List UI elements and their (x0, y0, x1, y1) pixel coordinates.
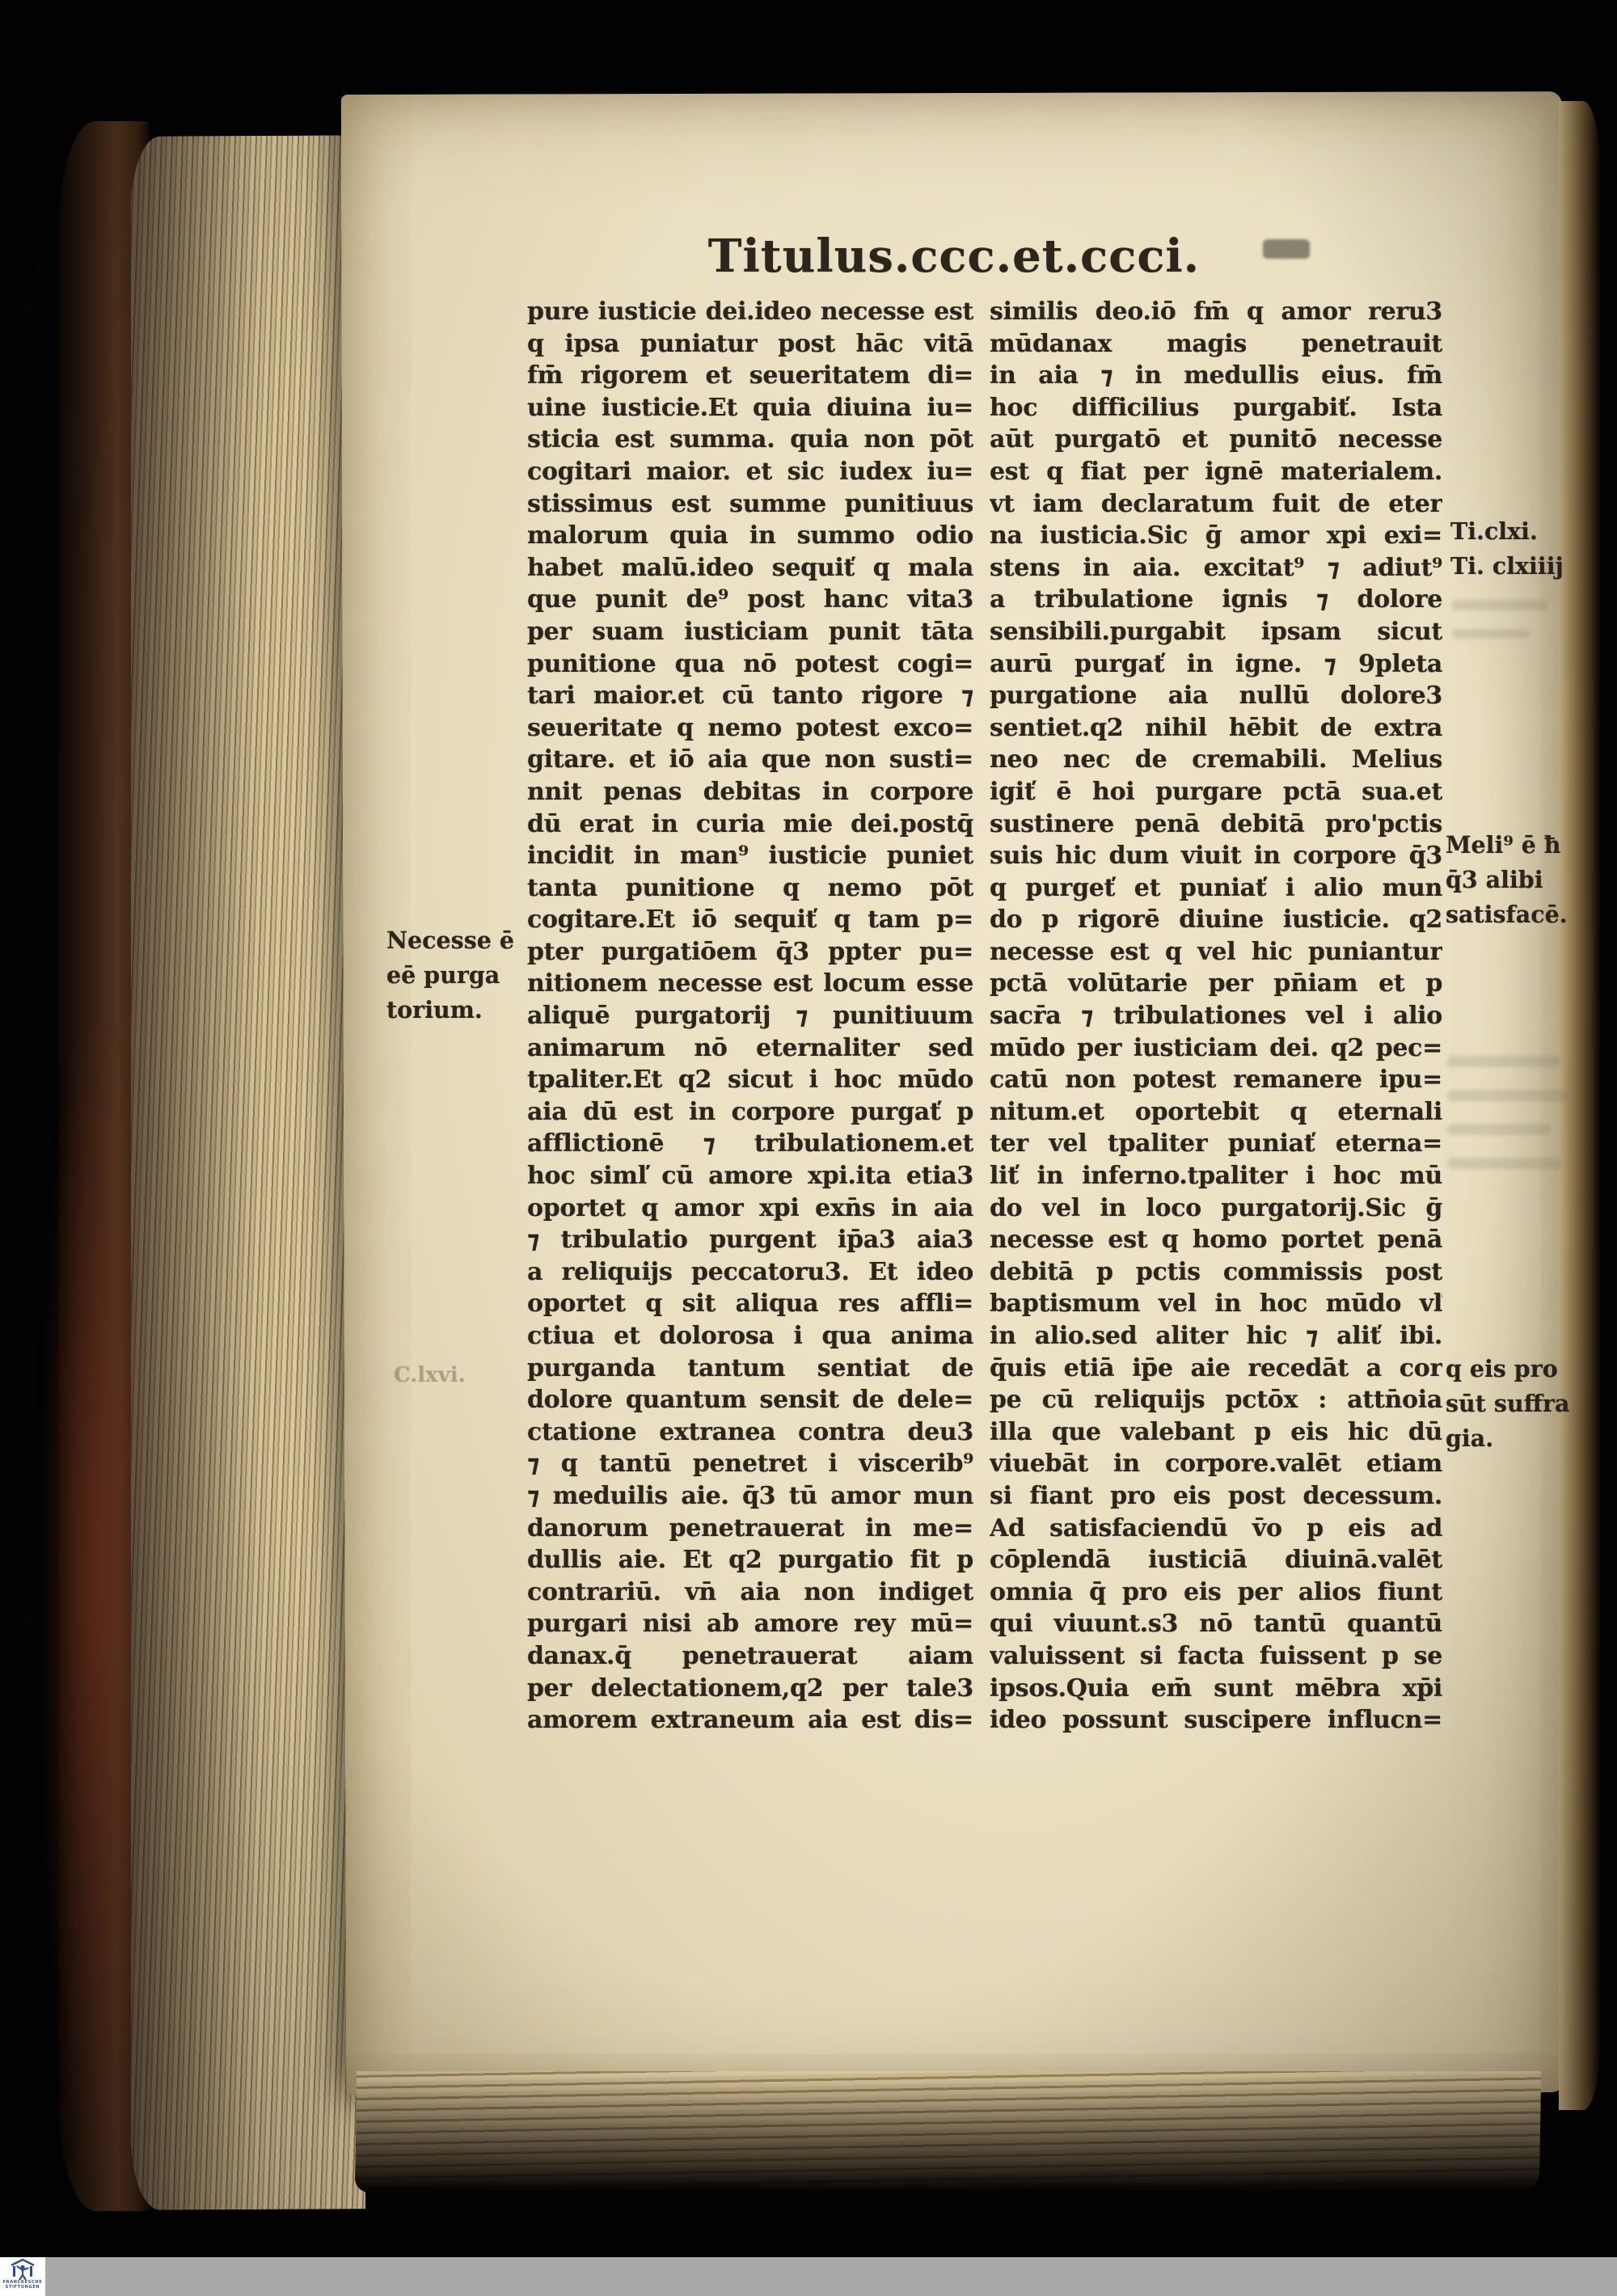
text-line: baptismum vel in hoc mūdo vľ (990, 1288, 1442, 1320)
text-line: sensibili.purgabit ipsam sicut (990, 616, 1442, 648)
text-line: uine iusticie.Et quia diuina iu= (527, 392, 973, 424)
text-line: gia. (1446, 1421, 1607, 1456)
bleedthrough-smudge (1452, 600, 1547, 610)
text-line: per suam iusticiam punit tāta (527, 616, 973, 648)
text-line: a tribulatione ignis ⁊ dolore (990, 584, 1442, 616)
text-line: hoc simľ cū amore xpi.ita etia3 (527, 1160, 973, 1192)
bottom-page-edges (355, 2071, 1542, 2193)
text-line: hoc difficilius purgabiť. Ista (990, 392, 1442, 424)
watermark-text-line2: STIFTUNGEN (6, 2285, 40, 2290)
text-line: qui viuunt.s3 nō tantū quantū (990, 1608, 1442, 1640)
text-line: cogitari maior. et sic iudex iu= (527, 456, 973, 488)
text-line: cogitare.Et iō sequiť q tam p= (527, 904, 973, 936)
text-line: oportet q sit aliqua res affli= (527, 1288, 973, 1320)
text-line: debitā p pctis commissis post (990, 1256, 1442, 1289)
text-line: pter purgatiōem q̄3 ppter pu= (527, 936, 973, 969)
text-line: neo nec de cremabili. Melius (990, 744, 1442, 776)
text-line: sentiet.q2 nihil hēbit de extra (990, 712, 1442, 745)
text-line: sticia est summa. quia non pōt (527, 424, 973, 456)
text-line: animarum nō eternaliter sed (527, 1032, 973, 1065)
text-line: incidit in man⁹ iusticie puniet (527, 840, 973, 872)
text-line: seueritate q nemo potest exco= (527, 712, 973, 745)
text-line: ⁊ tribulatio purgent ip̄a3 aia3 (527, 1224, 973, 1256)
text-line: q̄3 alibi (1446, 863, 1607, 897)
text-line: do vel in loco purgatorij.Sic ḡ (990, 1192, 1442, 1225)
text-line: nitum.et oportebit q eternali (990, 1096, 1442, 1129)
photo-background: Titulus.ccc.et.ccci. pure iusticie dei.i… (0, 0, 1617, 2296)
text-line: suis hic dum viuit in corpore q̄3 (990, 840, 1442, 872)
text-line: dolore quantum sensit de dele= (527, 1384, 973, 1416)
text-line: eē purga (386, 958, 528, 993)
text-line: tari maior.et cū tanto rigore ⁊ (527, 680, 973, 712)
text-line: liť in inferno.tpaliter i hoc mū (990, 1160, 1442, 1192)
text-line: a reliquijs peccatoru3. Et ideo (527, 1256, 973, 1289)
page-title: Titulus.ccc.et.ccci. (695, 230, 1213, 283)
text-line: catū non potest remanere ipu= (990, 1064, 1442, 1096)
text-line: omnia q̄ pro eis per alios fiunt (990, 1576, 1442, 1609)
text-line: na iusticia.Sic ḡ amor xpi exi= (990, 520, 1442, 552)
text-line: do p rigorē diuine iusticie. q2 (990, 904, 1442, 936)
text-line: est q fiat per ignē materialem. (990, 456, 1442, 488)
digitization-footer (0, 2257, 1617, 2296)
text-line: Ti.clxi. (1450, 514, 1612, 549)
text-line: sustinere penā debitā pro'pctis (990, 808, 1442, 841)
text-line: aurū purgať in igne. ⁊ 9pleta (990, 648, 1442, 681)
margin-note-melius: Meli⁹ ē ħq̄3 alibisatisfacē. (1446, 828, 1607, 932)
bleedthrough-smudge (1447, 1056, 1560, 1067)
text-line: danorum penetrauerat in me= (527, 1513, 973, 1545)
text-line: fm̄ rigorem et seueritatem di= (527, 360, 973, 392)
bleedthrough-smudge (1452, 629, 1530, 639)
text-line: torium. (386, 993, 528, 1028)
text-line: ctatione extranea contra deu3 (527, 1416, 973, 1449)
text-line: ⁊ q tantū penetret i viscerib⁹ (527, 1448, 973, 1480)
margin-note-titulus-refs: Ti.clxi.Ti. clxiiij (1450, 514, 1612, 584)
text-line: vt iam declaratum fuit de eter (990, 488, 1442, 521)
text-line: stissimus est summe punitiuus (527, 488, 973, 521)
text-line: contrariū. vn̄ aia non indiget (527, 1576, 973, 1609)
fore-edge (1559, 101, 1601, 2110)
bleedthrough-smudge (1447, 1090, 1568, 1101)
text-line: malorum quia in summo odio (527, 520, 973, 552)
text-line: viuebāt in corpore.valēt etiam (990, 1448, 1442, 1480)
text-line: cōplendā iusticiā diuinā.valēt (990, 1544, 1442, 1576)
text-line: q purgeť et puniať i alio mun (990, 872, 1442, 905)
text-line: q ipsa puniatur post hāc vitā (527, 328, 973, 361)
text-line: que punit de⁹ post hanc vita3 (527, 584, 973, 616)
bleedthrough-note: C.lxvi. (394, 1363, 466, 1387)
text-line: ideo possunt suscipere influcn= (990, 1704, 1442, 1737)
text-line: ⁊ meduilis aie. q̄3 tū amor mun (527, 1480, 973, 1513)
library-watermark: FRANCKESCHE STIFTUNGEN (0, 2257, 45, 2296)
text-line: ctiua et dolorosa i qua anima (527, 1320, 973, 1353)
text-line: dū erat in curia mie dei.postq̄ (527, 808, 973, 841)
text-column-right: similis deo.iō fm̄ q amor reru3mūdanax m… (990, 296, 1442, 1737)
margin-note-necesse: Necesse ēeē purgatorium. (386, 923, 528, 1028)
text-line: sacr̄a ⁊ tribulationes vel i alio (990, 1000, 1442, 1032)
text-line: valuissent si facta fuissent p se (990, 1640, 1442, 1673)
text-line: q eis pro (1446, 1352, 1607, 1386)
text-line: tpaliter.Et q2 sicut i hoc mūdo (527, 1064, 973, 1096)
text-line: mūdo per iusticiam dei. q2 pec= (990, 1032, 1442, 1065)
bleedthrough-smudge (1447, 1158, 1562, 1169)
text-line: aia dū est in corpore purgať p (527, 1096, 973, 1129)
text-line: dullis aie. Et q2 purgatio fit p (527, 1544, 973, 1576)
text-line: purganda tantum sentiat de (527, 1353, 973, 1385)
text-line: ter vel tpaliter puniať eterna= (990, 1128, 1442, 1160)
page-edge-stack (131, 135, 365, 2210)
text-line: Meli⁹ ē ħ (1446, 828, 1607, 863)
text-line: nnit penas debitas in corpore (527, 776, 973, 808)
bleedthrough-smudge (1447, 1124, 1551, 1135)
text-line: in aia ⁊ in medullis eius. fm̄ (990, 360, 1442, 392)
text-line: Ti. clxiiij (1450, 549, 1612, 584)
text-line: si fiant pro eis post decessum. (990, 1480, 1442, 1513)
text-line: q̄uis etiā ip̄e aie recedāt a cor (990, 1353, 1442, 1385)
text-line: pctā volūtarie per pn̄iam et p (990, 968, 1442, 1000)
text-line: purgatione aia nullū dolore3 (990, 680, 1442, 712)
text-line: per delectationem,q2 per tale3 (527, 1673, 973, 1705)
text-line: tanta punitione q nemo pōt (527, 872, 973, 905)
text-line: ipsos.Quia em̄ sunt mēbra xp̄i (990, 1673, 1442, 1705)
text-line: similis deo.iō fm̄ q amor reru3 (990, 296, 1442, 328)
margin-note-suffragia: q eis prosūt suffragia. (1446, 1352, 1607, 1456)
text-line: punitione qua nō potest cogi= (527, 648, 973, 681)
text-line: habet malū.ideo sequiť q mala (527, 552, 973, 585)
text-line: gitare. et iō aia que non susti= (527, 744, 973, 776)
text-line: satisfacē. (1446, 897, 1607, 932)
text-line: in alio.sed aliter hic ⁊ aliť ibi. (990, 1320, 1442, 1353)
ink-smudge (1263, 239, 1310, 259)
text-line: igiť ē hoi purgare pctā sua.et (990, 776, 1442, 808)
text-line: necesse est q homo portet penā (990, 1224, 1442, 1256)
text-line: mūdanax magis penetrauit (990, 328, 1442, 361)
text-line: oportet q amor xpi exn̄s in aia (527, 1192, 973, 1225)
text-line: afflictionē ⁊ tribulationem.et (527, 1128, 973, 1160)
text-column-left: pure iusticie dei.ideo necesse estq ipsa… (527, 296, 973, 1737)
francke-foundations-logo-icon (9, 2259, 36, 2280)
text-line: necesse est q vel hic puniantur (990, 936, 1442, 969)
text-line: stens in aia. excitat⁹ ⁊ adiut⁹ (990, 552, 1442, 585)
text-line: pure iusticie dei.ideo necesse est (527, 296, 973, 328)
text-line: amorem extraneum aia est dis= (527, 1704, 973, 1737)
text-line: sūt suffra (1446, 1386, 1607, 1421)
text-line: danax.q̄ penetrauerat aiam (527, 1640, 973, 1673)
text-line: nitionem necesse est locum esse (527, 968, 973, 1000)
text-line: aliquē purgatorij ⁊ punitiuum (527, 1000, 973, 1032)
text-line: aūt purgatō et punitō necesse (990, 424, 1442, 456)
text-line: Ad satisfaciendū v̄o p eis ad (990, 1513, 1442, 1545)
text-line: Necesse ē (386, 923, 528, 958)
text-line: pe cū reliquijs pctōx : attn̄oia (990, 1384, 1442, 1416)
text-line: illa que valebant p eis hic dū (990, 1416, 1442, 1449)
text-line: purgari nisi ab amore rey mū= (527, 1608, 973, 1640)
